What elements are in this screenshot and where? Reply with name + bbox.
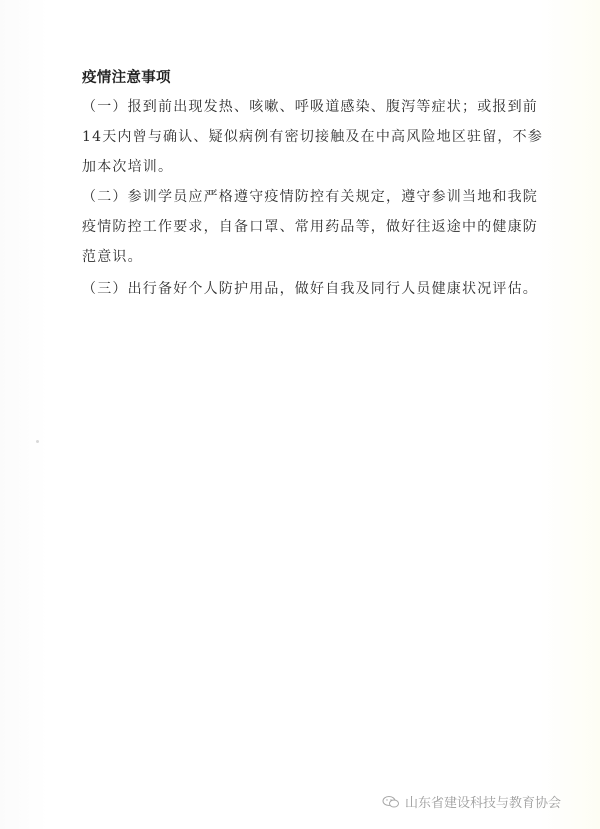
watermark-text: 山东省建设科技与教育协会 [405,792,561,811]
paragraph-3: （三）出行备好个人防护用品，做好自我及同行人员健康状况评估。 [82,274,502,304]
paragraph-line: （三）出行备好个人防护用品，做好自我及同行人员健康状况评估。 [82,274,502,304]
paragraph-line: （二）参训学员应严格遵守疫情防控有关规定，遵守参训当地和我院 [82,182,502,212]
paragraph-line: 14天内曾与确认、疑似病例有密切接触及在中高风险地区驻留，不参 [82,122,502,152]
paragraph-line: （一）报到前出现发热、咳嗽、呼吸道感染、腹泻等症状；或报到前 [82,92,502,122]
paragraph-line: 加本次培训。 [82,152,502,182]
paragraph-line: 疫情防控工作要求，自备口罩、常用药品等，做好往返途中的健康防 [82,212,502,242]
paragraph-1: （一）报到前出现发热、咳嗽、呼吸道感染、腹泻等症状；或报到前 14天内曾与确认、… [82,92,502,182]
document-title: 疫情注意事项 [82,66,171,87]
scan-speck [36,440,39,443]
wechat-icon [382,795,400,809]
paragraph-line: 范意识。 [82,242,502,272]
source-watermark: 山东省建设科技与教育协会 [382,792,561,811]
document-page: 疫情注意事项 （一）报到前出现发热、咳嗽、呼吸道感染、腹泻等症状；或报到前 14… [0,0,600,829]
paragraph-2: （二）参训学员应严格遵守疫情防控有关规定，遵守参训当地和我院 疫情防控工作要求，… [82,182,502,272]
